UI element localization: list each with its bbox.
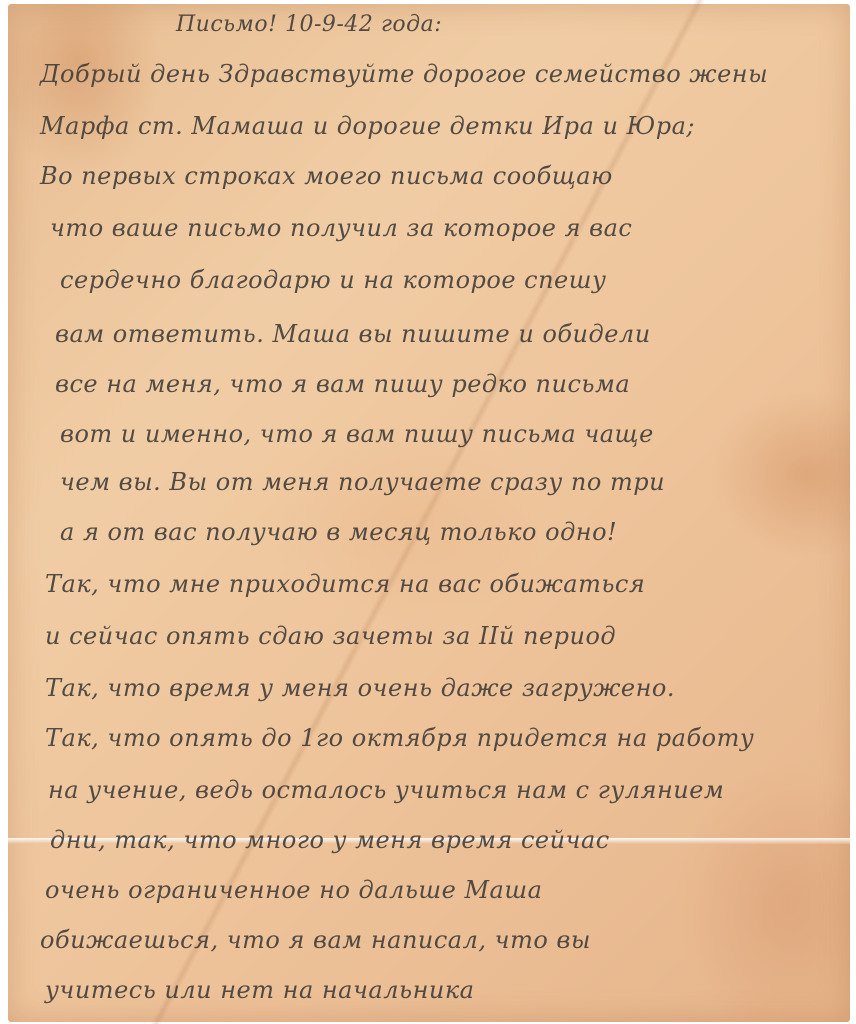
letter-line-11: Так, что мне приходится на вас обижаться [45,570,645,598]
letter-line-16: дни, так, что много у меня время сейчас [50,826,610,854]
letter-line-13: Так, что время у меня очень даже загруже… [45,674,675,702]
letter-line-10: а я от вас получаю в месяц только одно! [60,518,617,546]
letter-line-2: Марфа ст. Мамаша и дорогие детки Ира и Ю… [40,112,695,140]
letter-heading: Письмо! 10-9-42 года: [176,12,442,37]
letter-line-18: обижаешься, что я вам написал, что вы [40,926,591,954]
letter-line-14: Так, что опять до 1го октября придется н… [45,724,754,752]
letter-line-15: на учение, ведь осталось учиться нам с г… [48,776,724,804]
letter-line-12: и сейчас опять сдаю зачеты за IIй период [45,622,616,650]
letter-line-8: вот и именно, что я вам пишу письма чаще [60,420,654,448]
letter-line-1: Добрый день Здравствуйте дорогое семейст… [40,60,768,88]
letter-line-4: что ваше письмо получил за которое я вас [50,214,632,242]
letter-line-7: все на меня, что я вам пишу редко письма [55,370,630,398]
letter-line-6: вам ответить. Маша вы пишите и обидели [55,320,651,348]
letter-line-5: сердечно благодарю и на которое спешу [60,266,606,294]
letter-line-9: чем вы. Вы от меня получаете сразу по тр… [60,468,665,496]
letter-line-19: учитесь или нет на начальника [45,976,474,1004]
letter-line-17: очень ограниченное но дальше Маша [45,876,542,904]
letter-paper [8,4,850,1022]
letter-line-3: Во первых строках моего письма сообщаю [40,162,613,190]
